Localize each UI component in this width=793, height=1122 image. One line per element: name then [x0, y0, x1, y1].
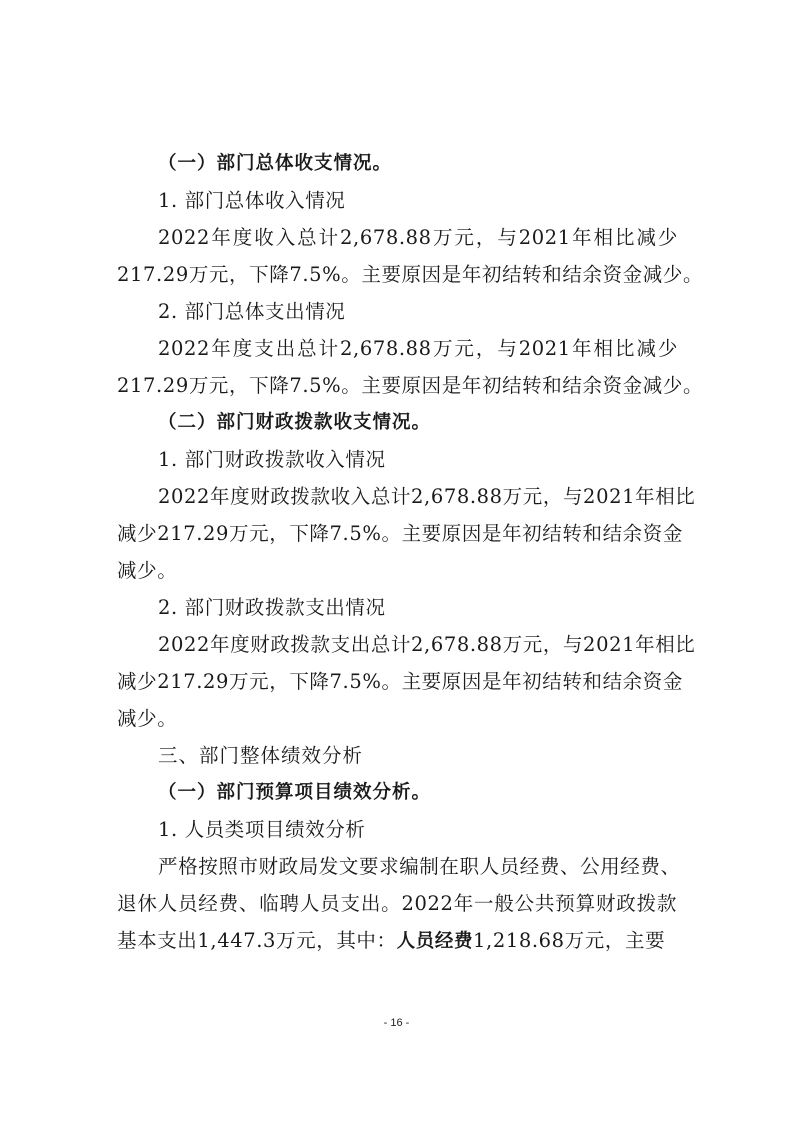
text-segment: 基本支出1,447.3万元，其中： [117, 929, 397, 952]
paragraph-line: 217.29万元，下降7.5%。主要原因是年初结转和结余资金减少。 [117, 261, 677, 289]
paragraph-line: 减少。 [117, 557, 677, 585]
paragraph-line: 2022年度财政拨款收入总计2,678.88万元，与2021年相比 [158, 483, 678, 511]
paragraph-line: 减少217.29万元，下降7.5%。主要原因是年初结转和结余资金 [117, 520, 677, 548]
subsection-title-overall-income: 1. 部门总体收入情况 [158, 187, 678, 215]
paragraph-line: 2022年度收入总计2,678.88万元，与2021年相比减少 [158, 224, 678, 252]
paragraph-line: 严格按照市财政局发文要求编制在职人员经费、公用经费、 [158, 853, 678, 881]
emphasized-term: 人员经费 [397, 931, 473, 952]
subsection-title-personnel: 1. 人员类项目绩效分析 [158, 816, 678, 844]
chapter-heading-performance: 三、部门整体绩效分析 [158, 742, 678, 770]
paragraph-line-mixed: 基本支出1,447.3万元，其中：人员经费1,218.68万元，主要 [117, 927, 677, 956]
paragraph-line: 217.29万元，下降7.5%。主要原因是年初结转和结余资金减少。 [117, 372, 677, 400]
paragraph-line: 2022年度财政拨款支出总计2,678.88万元，与2021年相比 [158, 631, 678, 659]
section-heading-fiscal: （二）部门财政拨款收支情况。 [158, 409, 678, 437]
paragraph-line: 减少217.29万元，下降7.5%。主要原因是年初结转和结余资金 [117, 668, 677, 696]
subsection-title-fiscal-income: 1. 部门财政拨款收入情况 [158, 446, 678, 474]
subsection-title-fiscal-expense: 2. 部门财政拨款支出情况 [158, 594, 678, 622]
document-page: （一）部门总体收支情况。 1. 部门总体收入情况 2022年度收入总计2,678… [0, 0, 793, 1122]
paragraph-line: 2022年度支出总计2,678.88万元，与2021年相比减少 [158, 335, 678, 363]
text-segment: 1,218.68万元，主要 [473, 929, 665, 952]
page-number: - 16 - [0, 1017, 793, 1029]
subsection-title-overall-expense: 2. 部门总体支出情况 [158, 298, 678, 326]
section-heading-budget-projects: （一）部门预算项目绩效分析。 [158, 779, 678, 807]
section-heading-overall: （一）部门总体收支情况。 [158, 150, 678, 178]
paragraph-line: 减少。 [117, 705, 677, 733]
paragraph-line: 退休人员经费、临聘人员支出。2022年一般公共预算财政拨款 [117, 890, 677, 918]
